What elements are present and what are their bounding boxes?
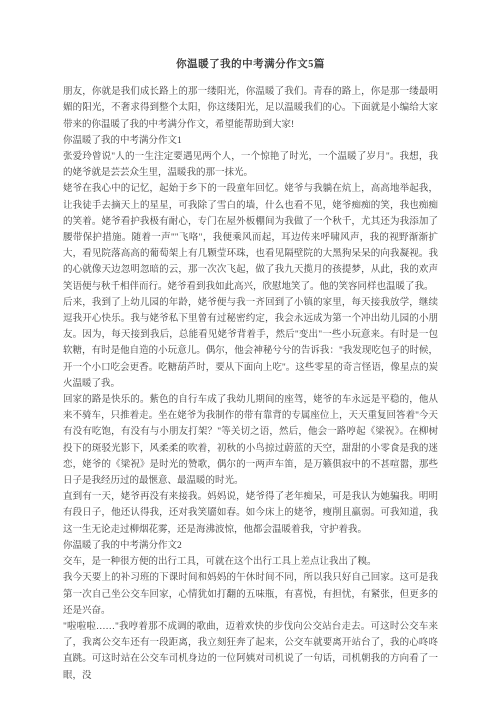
document-page: 你温暖了我的中考满分作文5篇 朋友，你就是我们成长路上的那一缕阳光，你温暖了我们… bbox=[0, 0, 500, 708]
essay-2-paragraph-2: 我今天要上的补习班的下课时间和妈妈的午休时间不同，所以我只好自己回家。这可是我第… bbox=[63, 570, 438, 619]
essay-1-heading: 你温暖了我的中考满分作文1 bbox=[63, 133, 438, 149]
essay-1-paragraph-3: 后来，我到了上幼儿园的年龄，姥爷便与我一齐回到了小镇的家里，每天接我放学，继续逗… bbox=[63, 295, 438, 392]
essay-2-heading: 你温暖了我的中考满分作文2 bbox=[63, 538, 438, 554]
essay-1-paragraph-2: 姥爷在我心中的记忆，起始于乡下的一段童年回忆。姥爷与我躺在炕上，高高地举起我，让… bbox=[63, 181, 438, 294]
essay-1-paragraph-5: 直到有一天，姥爷再没有来接我。妈妈说，姥爷得了老年痴呆，可是我认为她骗我。明明有… bbox=[63, 489, 438, 538]
intro-paragraph: 朋友，你就是我们成长路上的那一缕阳光，你温暖了我们。青春的路上，你是那一缕最明媚… bbox=[63, 84, 438, 133]
essay-1-paragraph-4: 回家的路是快乐的。紫色的自行车成了我幼儿期间的座驾，姥爷的车永远是平稳的，他从来… bbox=[63, 392, 438, 489]
essay-1-paragraph-1: 张爱玲曾说"人的一生注定要遇见两个人，一个惊艳了时光，一个温暖了岁月"。我想，我… bbox=[63, 149, 438, 181]
document-title: 你温暖了我的中考满分作文5篇 bbox=[63, 57, 438, 73]
essay-2-paragraph-3: "啦啦啦……"我哼着那不成调的歌曲，迈着欢快的步伐向公交站台走去。可这时公交车来… bbox=[63, 619, 438, 684]
essay-2-paragraph-1: 交车，是一种很方便的出行工具，可就在这个出行工具上差点让我出了糗。 bbox=[63, 554, 438, 570]
